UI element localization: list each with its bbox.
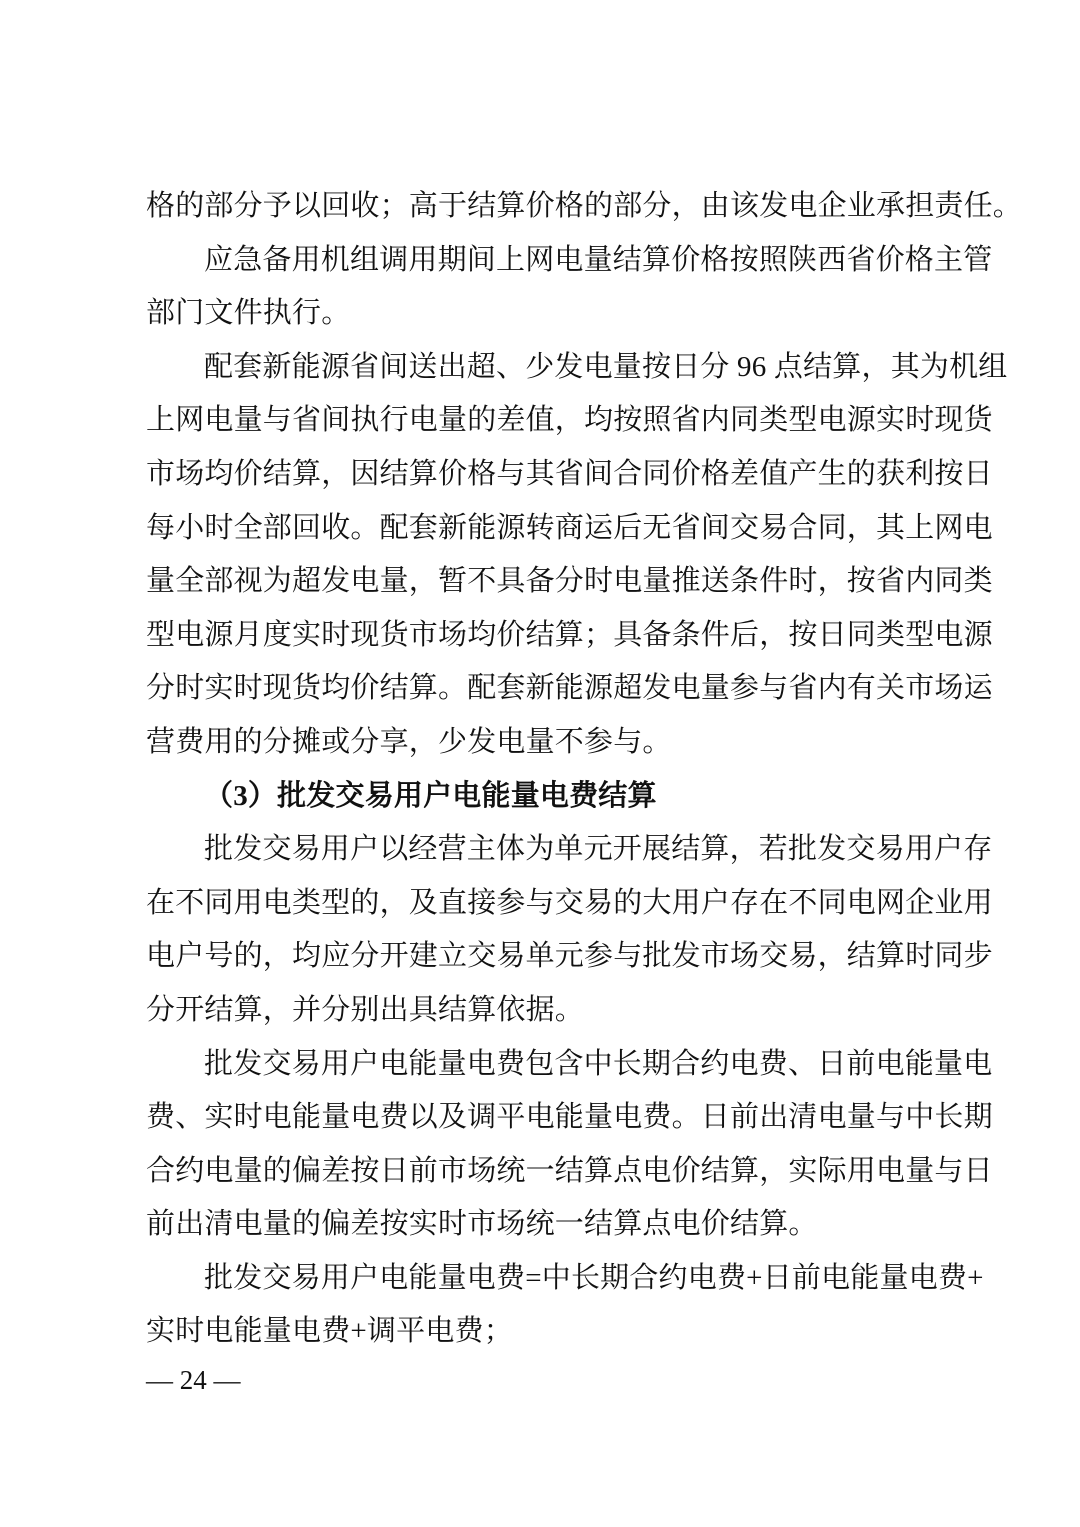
text-line: 批发交易用户电能量电费=中长期合约电费+日前电能量电费+ (146, 1252, 946, 1306)
text-line: 分时实时现货均价结算。配套新能源超发电量参与省内有关市场运 (146, 662, 946, 716)
text-line: 配套新能源省间送出超、少发电量按日分 96 点结算，其为机组 (146, 341, 946, 395)
text-line: 批发交易用户电能量电费包含中长期合约电费、日前电能量电 (146, 1038, 946, 1092)
text-line: 格的部分予以回收；高于结算价格的部分，由该发电企业承担责任。 (146, 180, 946, 234)
text-line: 前出清电量的偏差按实时市场统一结算点电价结算。 (146, 1198, 946, 1252)
text-line: 上网电量与省间执行电量的差值，均按照省内同类型电源实时现货 (146, 394, 946, 448)
text-line: 分开结算，并分别出具结算依据。 (146, 984, 946, 1038)
text-line: 市场均价结算，因结算价格与其省间合同价格差值产生的获利按日 (146, 448, 946, 502)
section-heading: （3）批发交易用户电能量电费结算 (146, 770, 946, 824)
text-line: 部门文件执行。 (146, 287, 946, 341)
text-line: 量全部视为超发电量，暂不具备分时电量推送条件时，按省内同类 (146, 555, 946, 609)
paragraph: 格的部分予以回收；高于结算价格的部分，由该发电企业承担责任。 (146, 180, 946, 234)
text-line: 应急备用机组调用期间上网电量结算价格按照陕西省价格主管 (146, 234, 946, 288)
paragraph: 批发交易用户电能量电费=中长期合约电费+日前电能量电费+ 实时电能量电费+调平电… (146, 1252, 946, 1359)
page-number: — 24 — (146, 1362, 241, 1398)
text-line: 费、实时电能量电费以及调平电能量电费。日前出清电量与中长期 (146, 1091, 946, 1145)
document-page: 格的部分予以回收；高于结算价格的部分，由该发电企业承担责任。 应急备用机组调用期… (146, 180, 946, 1359)
paragraph: 批发交易用户以经营主体为单元开展结算，若批发交易用户存 在不同用电类型的，及直接… (146, 823, 946, 1037)
text-line: 型电源月度实时现货市场均价结算；具备条件后，按日同类型电源 (146, 609, 946, 663)
paragraph: 批发交易用户电能量电费包含中长期合约电费、日前电能量电 费、实时电能量电费以及调… (146, 1038, 946, 1252)
text-line: 合约电量的偏差按日前市场统一结算点电价结算，实际用电量与日 (146, 1145, 946, 1199)
text-line: 在不同用电类型的，及直接参与交易的大用户存在不同电网企业用 (146, 877, 946, 931)
paragraph: 配套新能源省间送出超、少发电量按日分 96 点结算，其为机组 上网电量与省间执行… (146, 341, 946, 770)
text-line: 电户号的，均应分开建立交易单元参与批发市场交易，结算时同步 (146, 930, 946, 984)
text-line: 实时电能量电费+调平电费； (146, 1305, 946, 1359)
text-line: 每小时全部回收。配套新能源转商运后无省间交易合同，其上网电 (146, 502, 946, 556)
text-line: 批发交易用户以经营主体为单元开展结算，若批发交易用户存 (146, 823, 946, 877)
text-line: 营费用的分摊或分享，少发电量不参与。 (146, 716, 946, 770)
paragraph: 应急备用机组调用期间上网电量结算价格按照陕西省价格主管 部门文件执行。 (146, 234, 946, 341)
